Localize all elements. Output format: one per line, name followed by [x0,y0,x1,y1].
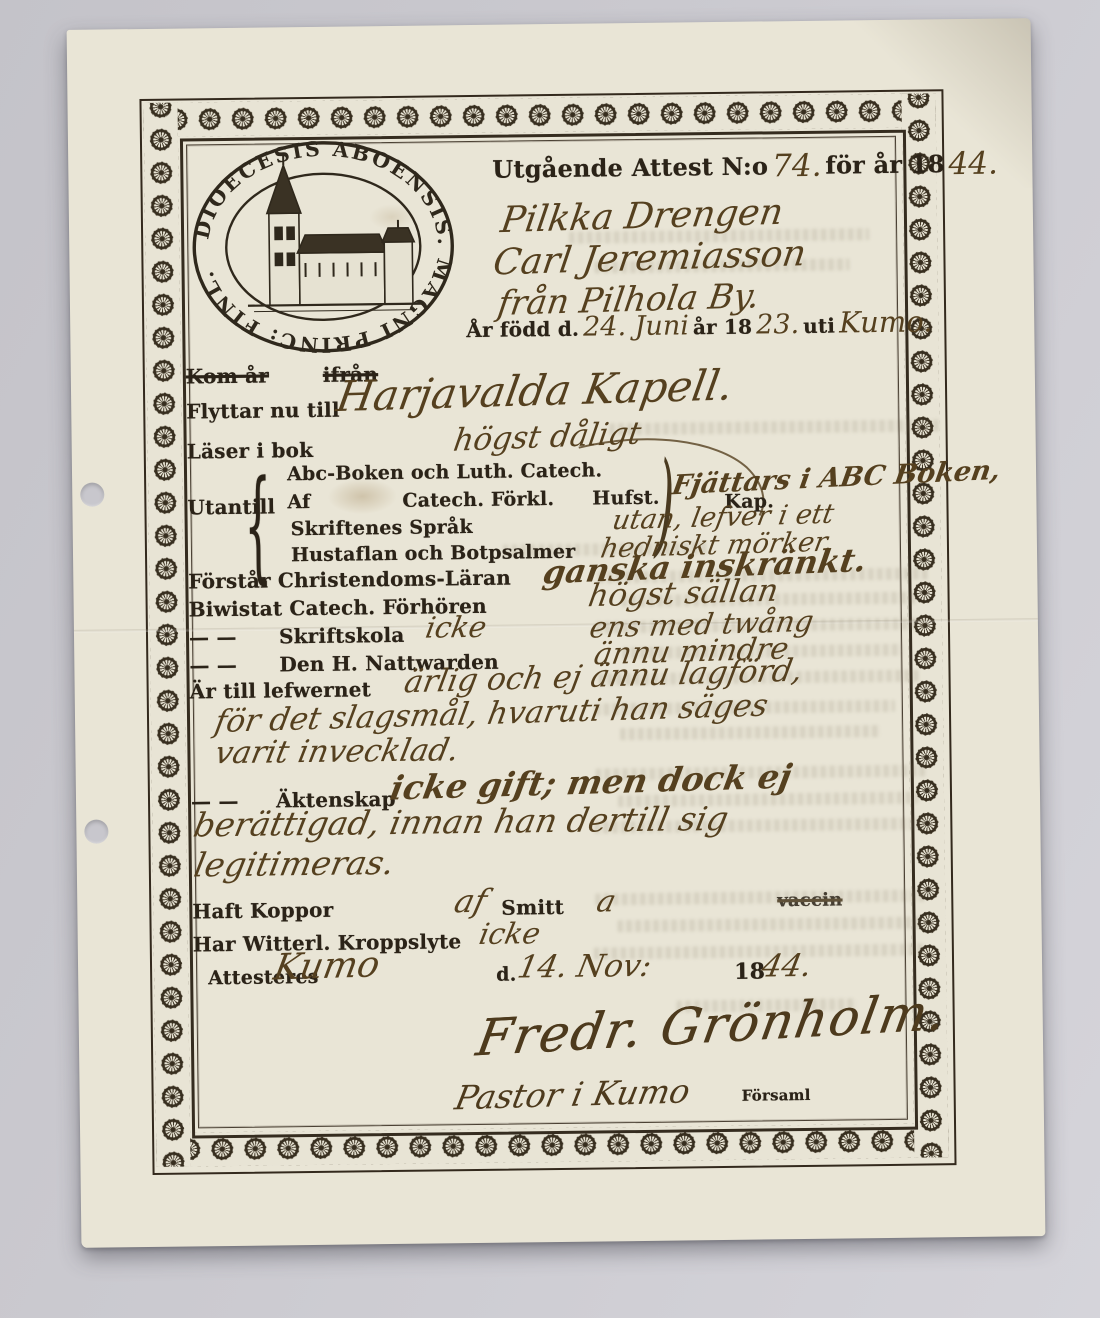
field-kroppslyte-value: icke [477,919,543,949]
born-year-hand: 23. [756,309,799,341]
field-lefwernet-label: Är till lefwernet [190,678,372,702]
attest-date-hand: 14. Nov: [515,951,654,984]
attest-place-hand: Kumo [271,947,383,986]
born-line: År född d. 24. Juni år 18 23. uti Kumo. [466,307,933,342]
punch-hole-top [80,483,104,507]
lefwernet-line-3: varit invecklad. [212,735,461,769]
aktenskap-line-3: legitimeras. [192,846,398,882]
attest-year-hand: 44. [759,951,815,983]
aktenskap-line-2: berättigad, innan han dertill sig [191,802,731,842]
attest-header: Utgående Attest N:o 74. för år 18 44. [492,147,998,184]
koppor-smitt: Smitt [501,896,564,919]
born-mid: år 18 [693,315,753,340]
certificate-paper: DIOECESIS ABOENSIS. MAGNI PRINC: FINL. [67,18,1046,1248]
person-line-1: Pilkka Drengen [498,195,785,240]
field-flyttar-label: Flyttar nu till [186,399,340,423]
attest-year-hand: 44. [948,146,998,183]
signature-title-printed: Församl [742,1087,811,1104]
attest-header-mid: för år 18 [825,149,944,179]
attest-header-label: Utgående Attest N:o [492,151,768,183]
utantill-item-abc: Abc-Boken och Luth. Catech. [287,460,602,485]
field-skriftskola-label: Skriftskola [279,624,405,648]
person-line-2: Carl Jeremiasson [491,236,808,281]
utantill-item-af: Af [287,492,310,513]
born-uti: uti [803,314,835,338]
attest-d: d. [496,965,517,986]
utantill-item-catech: Catech. Förkl. [402,489,554,512]
field-forstar-label: Förstår Christendoms-Läran [188,567,511,593]
field-skriftskola-value1: icke [423,613,489,643]
punch-hole-bottom [84,819,108,843]
utantill-item-hustaflan: Hustaflan och Botpsalmer [291,542,576,566]
born-place-hand: Kumo. [839,304,933,339]
field-kom-ar: Kom år [186,364,269,387]
born-label: År född d. [466,317,579,342]
utantill-item-sprak: Skriftenes Språk [291,517,473,540]
field-koppor-label: Haft Koppor [192,899,333,923]
signature-title-hand: Pastor i Kumo [452,1074,693,1114]
diocese-seal: DIOECESIS ABOENSIS. MAGNI PRINC: FINL. [186,133,461,360]
dash-nattward: — — [189,654,237,677]
koppor-vaccin-struck: vaccin [777,891,842,912]
dash-skriftskola: — — [189,626,237,649]
born-day-hand: 24. Juni [583,310,689,342]
photo-of-document: DIOECESIS ABOENSIS. MAGNI PRINC: FINL. [0,0,1100,1318]
field-flyttar-value: Harjavalda Kapell. [334,364,736,418]
attest-number-hand: 74. [772,148,822,185]
